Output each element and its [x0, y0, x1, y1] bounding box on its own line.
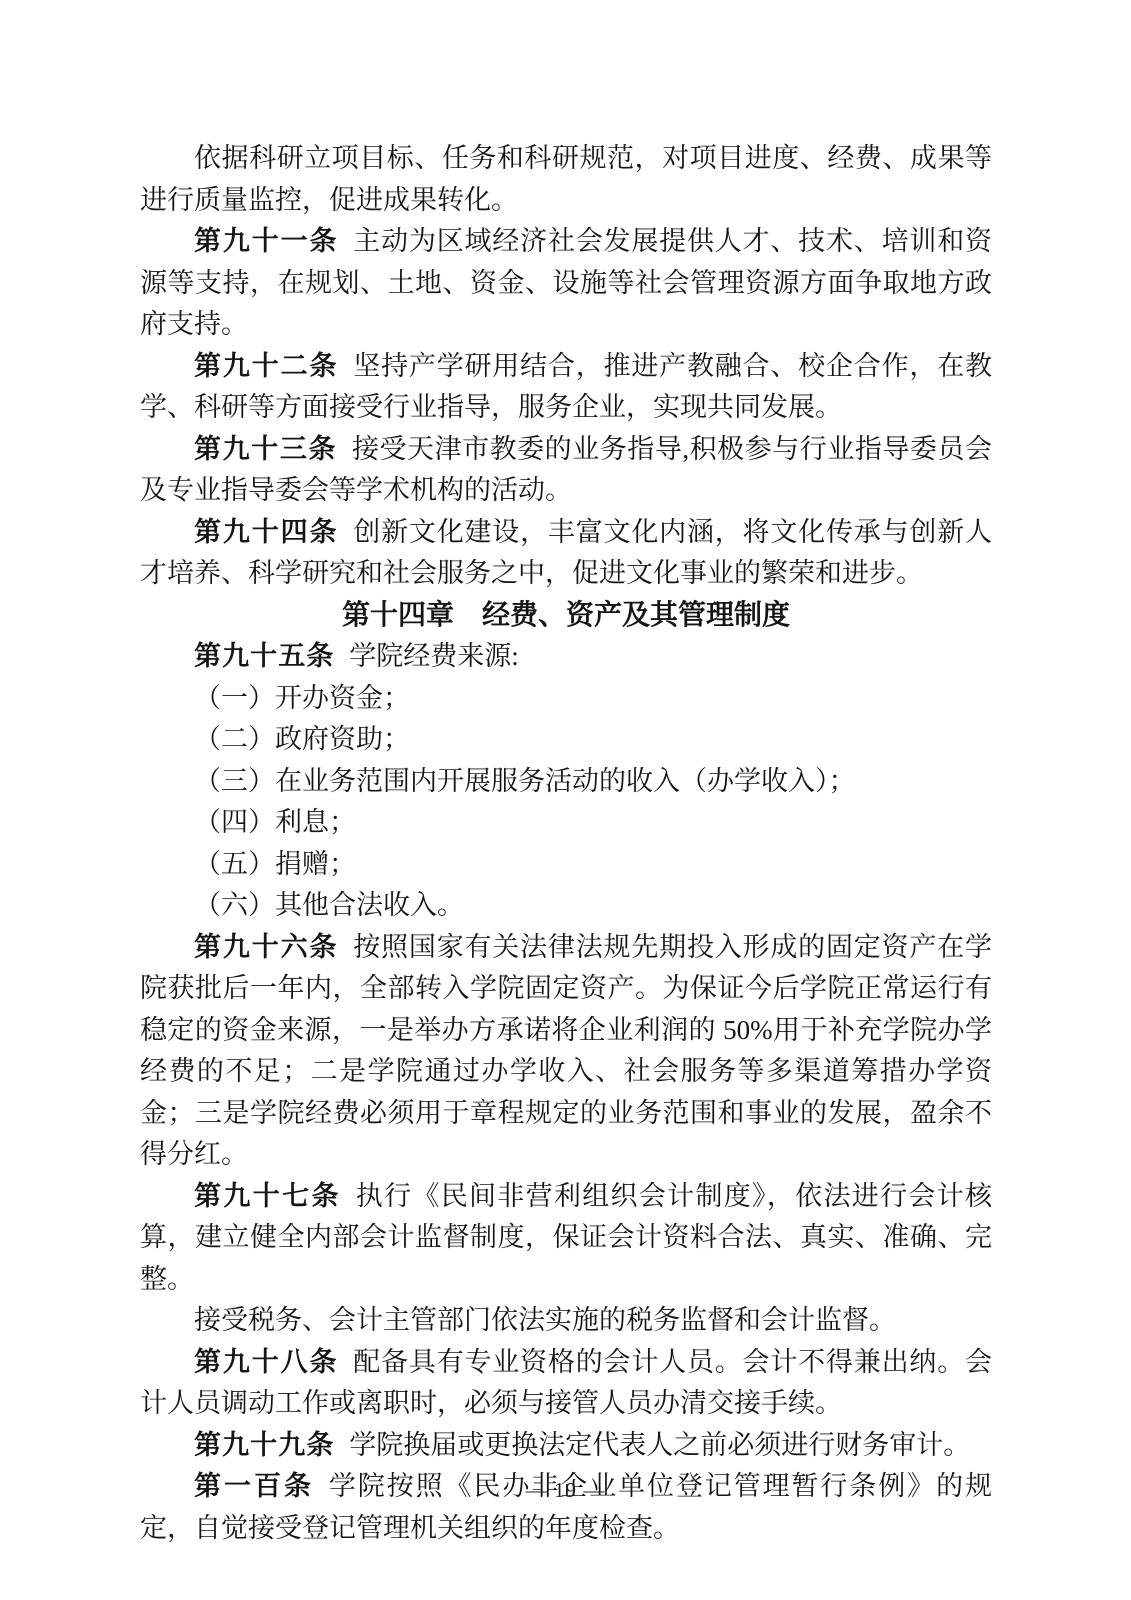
article-number: 第九十四条 — [194, 517, 338, 547]
paragraph-text: 按照国家有关法律法规先期投入形成的固定资产在学院获批后一年内，全部转入学院固定资… — [140, 932, 992, 1170]
article-number: 第九十五条 — [194, 641, 334, 671]
page-footer: — 19 — — [0, 1476, 1131, 1504]
body-paragraph: （六）其他合法收入。 — [140, 885, 992, 927]
paragraph-text: 接受税务、会计主管部门依法实施的税务监督和会计监督。 — [194, 1305, 896, 1335]
article-number: 第九十六条 — [194, 932, 338, 962]
chapter-heading: 第十四章 经费、资产及其管理制度 — [140, 595, 992, 637]
body-paragraph: 依据科研立项目标、任务和科研规范，对项目进度、经费、成果等进行质量监控，促进成果… — [140, 138, 992, 221]
paragraph-text: （一）开办资金； — [194, 683, 410, 713]
article-number: 第九十七条 — [194, 1181, 341, 1211]
article-number: 第九十三条 — [194, 434, 337, 464]
body-paragraph: 接受税务、会计主管部门依法实施的税务监督和会计监督。 — [140, 1300, 992, 1342]
paragraph-text: （二）政府资助； — [194, 724, 410, 754]
body-paragraph: （四）利息； — [140, 802, 992, 844]
article-paragraph: 第九十六条按照国家有关法律法规先期投入形成的固定资产在学院获批后一年内，全部转入… — [140, 927, 992, 1176]
paragraph-text: （四）利息； — [194, 807, 356, 837]
article-paragraph: 第九十四条创新文化建设，丰富文化内涵，将文化传承与创新人才培养、科学研究和社会服… — [140, 512, 992, 595]
article-number: 第九十九条 — [194, 1430, 334, 1460]
body-paragraph: （五）捐赠； — [140, 844, 992, 886]
article-number: 第九十八条 — [194, 1347, 338, 1377]
body-paragraph: （三）在业务范围内开展服务活动的收入（办学收入）； — [140, 761, 992, 803]
page-number: — 19 — — [526, 1478, 606, 1502]
paragraph-text: 依据科研立项目标、任务和科研规范，对项目进度、经费、成果等进行质量监控，促进成果… — [140, 143, 992, 215]
article-paragraph: 第九十七条执行《民间非营利组织会计制度》，依法进行会计核算，建立健全内部会计监督… — [140, 1176, 992, 1301]
body-paragraph: （二）政府资助； — [140, 719, 992, 761]
paragraph-text: （五）捐赠； — [194, 849, 356, 879]
paragraph-text: 学院经费来源: — [349, 641, 519, 671]
paragraph-text: 第十四章 经费、资产及其管理制度 — [342, 600, 790, 631]
article-paragraph: 第九十一条主动为区域经济社会发展提供人才、技术、培训和资源等支持，在规划、土地、… — [140, 221, 992, 346]
article-number: 第九十一条 — [194, 226, 338, 256]
paragraph-text: 学院换届或更换法定代表人之前必须进行财务审计。 — [349, 1430, 970, 1460]
article-paragraph: 第九十五条学院经费来源: — [140, 636, 992, 678]
article-number: 第九十二条 — [194, 351, 338, 381]
article-paragraph: 第九十三条接受天津市教委的业务指导,积极参与行业指导委员会及专业指导委会等学术机… — [140, 429, 992, 512]
body-paragraph: （一）开办资金； — [140, 678, 992, 720]
article-paragraph: 第九十二条坚持产学研用结合，推进产教融合、校企合作，在教学、科研等方面接受行业指… — [140, 346, 992, 429]
paragraph-text: （六）其他合法收入。 — [194, 890, 464, 920]
document-page: 依据科研立项目标、任务和科研规范，对项目进度、经费、成果等进行质量监控，促进成果… — [0, 0, 1131, 1600]
article-paragraph: 第九十九条学院换届或更换法定代表人之前必须进行财务审计。 — [140, 1425, 992, 1467]
document-body: 依据科研立项目标、任务和科研规范，对项目进度、经费、成果等进行质量监控，促进成果… — [140, 138, 992, 1549]
paragraph-text: （三）在业务范围内开展服务活动的收入（办学收入）； — [194, 766, 856, 796]
article-paragraph: 第九十八条配备具有专业资格的会计人员。会计不得兼出纳。会计人员调动工作或离职时，… — [140, 1342, 992, 1425]
